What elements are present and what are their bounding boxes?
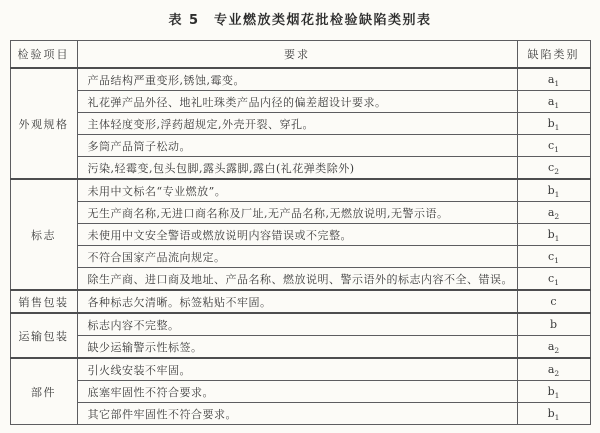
table-row: 部件 引火线安装不牢固。 a2 bbox=[10, 358, 590, 381]
table-row: 运输包装 标志内容不完整。 b bbox=[10, 313, 590, 336]
requirement-cell: 产品结构严重变形,锈蚀,霉变。 bbox=[77, 68, 517, 91]
group-label-marking: 标志 bbox=[10, 179, 77, 290]
requirement-cell: 标志内容不完整。 bbox=[77, 313, 517, 336]
requirement-cell: 其它部件牢固性不符合要求。 bbox=[77, 403, 517, 425]
table-row: 标志 未用中文标名“专业燃放”。 b1 bbox=[10, 179, 590, 202]
category-cell: b1 bbox=[517, 381, 590, 403]
group-label-components: 部件 bbox=[10, 358, 77, 425]
table-row: 缺少运输警示性标签。 a2 bbox=[10, 336, 590, 359]
document-page: 表 5 专业燃放类烟花批检验缺陷类别表 检验项目 要求 缺陷类别 外观规格 产品… bbox=[0, 0, 600, 433]
category-cell: c2 bbox=[517, 157, 590, 180]
defect-category-table: 检验项目 要求 缺陷类别 外观规格 产品结构严重变形,锈蚀,霉变。 a1 礼花弹… bbox=[10, 40, 591, 425]
requirement-cell: 引火线安装不牢固。 bbox=[77, 358, 517, 381]
requirement-cell: 未使用中文安全警语或燃放说明内容错误或不完整。 bbox=[77, 224, 517, 246]
requirement-cell: 无生产商名称,无进口商名称及厂址,无产品名称,无燃放说明,无警示语。 bbox=[77, 202, 517, 224]
table-row: 主体轻度变形,浮药超规定,外壳开裂、穿孔。 b1 bbox=[10, 113, 590, 135]
requirement-cell: 礼花弹产品外径、地礼吐珠类产品内径的偏差超设计要求。 bbox=[77, 91, 517, 113]
table-row: 不符合国家产品流向规定。 c1 bbox=[10, 246, 590, 268]
group-label-appearance: 外观规格 bbox=[10, 68, 77, 179]
requirement-cell: 污染,轻霉变,包头包脚,露头露脚,露白(礼花弹类除外) bbox=[77, 157, 517, 180]
header-defect-category: 缺陷类别 bbox=[517, 41, 590, 69]
category-cell: b1 bbox=[517, 179, 590, 202]
requirement-cell: 除生产商、进口商及地址、产品名称、燃放说明、警示语外的标志内容不全、错误。 bbox=[77, 268, 517, 291]
header-row: 检验项目 要求 缺陷类别 bbox=[10, 41, 590, 69]
group-label-transport-packaging: 运输包装 bbox=[10, 313, 77, 358]
table-row: 其它部件牢固性不符合要求。 b1 bbox=[10, 403, 590, 425]
category-cell: b1 bbox=[517, 113, 590, 135]
category-cell: a2 bbox=[517, 202, 590, 224]
table-row: 未使用中文安全警语或燃放说明内容错误或不完整。 b1 bbox=[10, 224, 590, 246]
table-row: 底塞牢固性不符合要求。 b1 bbox=[10, 381, 590, 403]
category-cell: c bbox=[517, 290, 590, 313]
requirement-cell: 多筒产品筒子松动。 bbox=[77, 135, 517, 157]
category-cell: b1 bbox=[517, 403, 590, 425]
group-label-sales-packaging: 销售包装 bbox=[10, 290, 77, 313]
requirement-cell: 缺少运输警示性标签。 bbox=[77, 336, 517, 359]
table-row: 销售包装 各种标志欠清晰。标签粘贴不牢固。 c bbox=[10, 290, 590, 313]
table-row: 除生产商、进口商及地址、产品名称、燃放说明、警示语外的标志内容不全、错误。 c1 bbox=[10, 268, 590, 291]
table-row: 多筒产品筒子松动。 c1 bbox=[10, 135, 590, 157]
header-requirement: 要求 bbox=[77, 41, 517, 69]
category-cell: b bbox=[517, 313, 590, 336]
category-cell: c1 bbox=[517, 268, 590, 291]
table-title: 表 5 专业燃放类烟花批检验缺陷类别表 bbox=[0, 0, 600, 32]
requirement-cell: 不符合国家产品流向规定。 bbox=[77, 246, 517, 268]
header-inspection-item: 检验项目 bbox=[10, 41, 77, 69]
table-row: 无生产商名称,无进口商名称及厂址,无产品名称,无燃放说明,无警示语。 a2 bbox=[10, 202, 590, 224]
category-cell: a2 bbox=[517, 358, 590, 381]
category-cell: b1 bbox=[517, 224, 590, 246]
category-cell: a1 bbox=[517, 91, 590, 113]
category-cell: a2 bbox=[517, 336, 590, 359]
requirement-cell: 底塞牢固性不符合要求。 bbox=[77, 381, 517, 403]
requirement-cell: 各种标志欠清晰。标签粘贴不牢固。 bbox=[77, 290, 517, 313]
table-row: 外观规格 产品结构严重变形,锈蚀,霉变。 a1 bbox=[10, 68, 590, 91]
category-cell: a1 bbox=[517, 68, 590, 91]
table-row: 礼花弹产品外径、地礼吐珠类产品内径的偏差超设计要求。 a1 bbox=[10, 91, 590, 113]
table-row: 污染,轻霉变,包头包脚,露头露脚,露白(礼花弹类除外) c2 bbox=[10, 157, 590, 180]
requirement-cell: 未用中文标名“专业燃放”。 bbox=[77, 179, 517, 202]
category-cell: c1 bbox=[517, 135, 590, 157]
category-cell: c1 bbox=[517, 246, 590, 268]
requirement-cell: 主体轻度变形,浮药超规定,外壳开裂、穿孔。 bbox=[77, 113, 517, 135]
